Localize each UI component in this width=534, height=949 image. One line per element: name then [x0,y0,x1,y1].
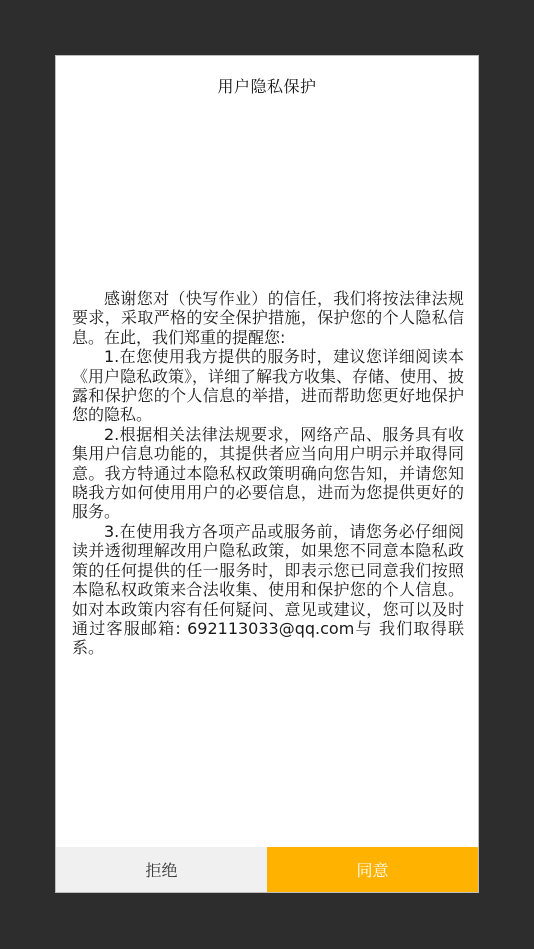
policy-paragraph-1: 1.在您使用我方提供的服务时，建议您详细阅读本《用户隐私政策》，详细了解我方收集… [72,347,464,425]
privacy-policy-content: 感谢您对（快写作业）的信任，我们将按法律法规要求，采取严格的安全保护措施，保护您… [72,289,464,658]
dialog-button-bar: 拒绝 同意 [56,847,478,892]
policy-intro-paragraph: 感谢您对（快写作业）的信任，我们将按法律法规要求，采取严格的安全保护措施，保护您… [72,289,464,347]
policy-paragraph-2: 2.根据相关法律法规要求，网络产品、服务具有收集用户信息功能的，其提供者应当向用… [72,425,464,522]
agree-button[interactable]: 同意 [267,847,478,892]
reject-button[interactable]: 拒绝 [56,847,267,892]
privacy-dialog: 用户隐私保护 感谢您对（快写作业）的信任，我们将按法律法规要求，采取严格的安全保… [55,55,479,893]
policy-paragraph-3: 3.在使用我方各项产品或服务前，请您务必仔细阅读并透彻理解改用户隐私政策，如果您… [72,522,464,658]
dialog-title: 用户隐私保护 [56,74,478,97]
